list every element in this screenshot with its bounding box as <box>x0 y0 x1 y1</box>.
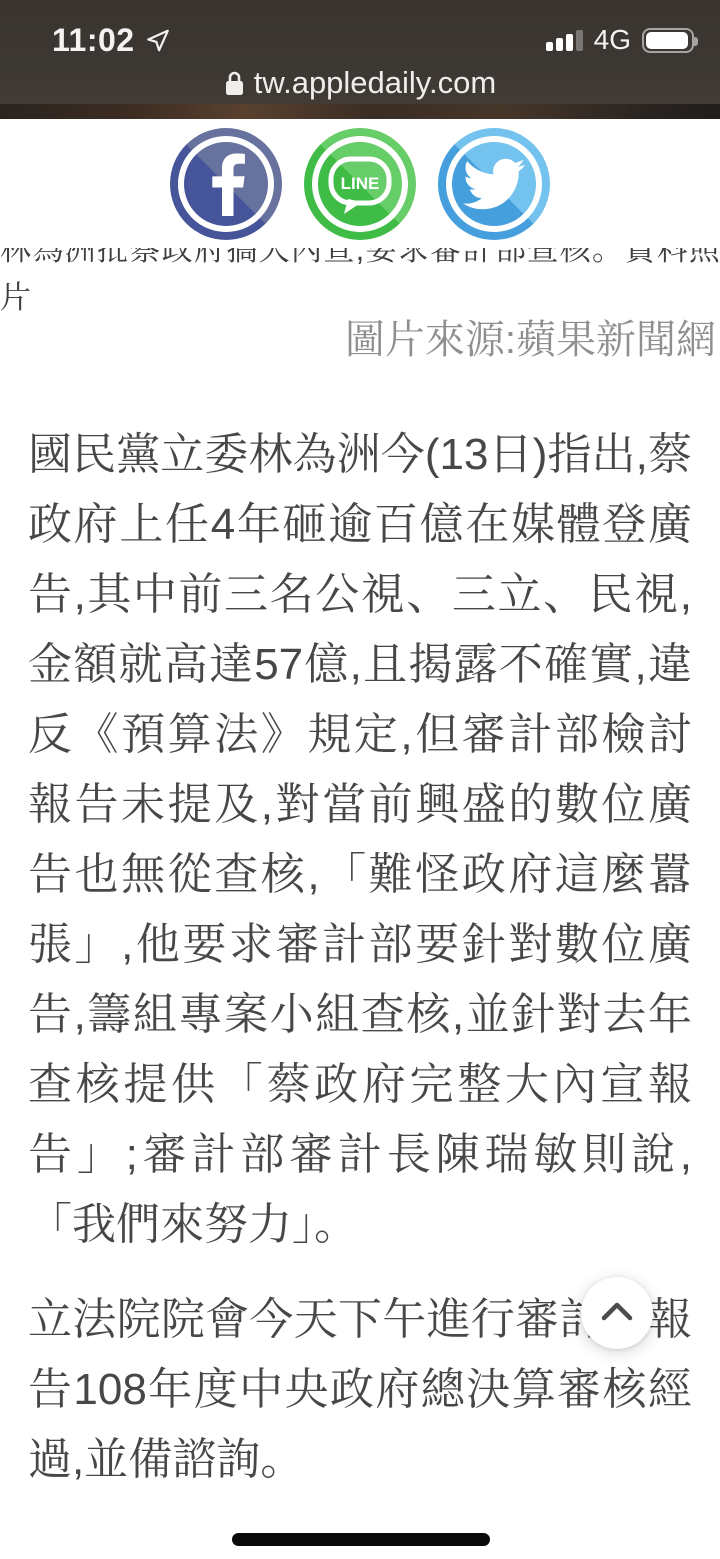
twitter-icon <box>438 128 550 240</box>
svg-text:LINE: LINE <box>341 174 380 193</box>
safari-mobile-screen: 11:02 4G <box>0 0 720 1559</box>
share-bar: LINE <box>0 119 720 248</box>
url-host: tw.appledaily.com <box>254 65 496 101</box>
facebook-share-button[interactable] <box>170 128 282 240</box>
chevron-up-icon <box>597 1299 637 1328</box>
network-type-label: 4G <box>594 24 631 56</box>
address-bar[interactable]: tw.appledaily.com <box>0 62 720 104</box>
line-share-button[interactable]: LINE <box>304 128 416 240</box>
facebook-icon <box>170 128 282 240</box>
article-paragraph: 國民黨立委林為洲今(13日)指出,蔡政府上任4年砸逾百億在媒體登廣告,其中前三名… <box>28 420 692 1260</box>
battery-icon <box>642 28 694 53</box>
browser-chrome: 11:02 4G <box>0 0 720 104</box>
scroll-to-top-button[interactable] <box>581 1277 653 1349</box>
twitter-share-button[interactable] <box>438 128 550 240</box>
lock-icon <box>224 70 245 97</box>
status-bar: 11:02 4G <box>0 18 720 62</box>
clock: 11:02 <box>52 22 135 59</box>
image-source-credit: 圖片來源:蘋果新聞網 <box>0 318 720 362</box>
location-arrow-icon <box>145 27 171 53</box>
cellular-signal-icon <box>546 29 583 51</box>
line-icon: LINE <box>304 128 416 240</box>
home-indicator-handle[interactable] <box>232 1533 490 1546</box>
photo-strip <box>0 104 720 119</box>
